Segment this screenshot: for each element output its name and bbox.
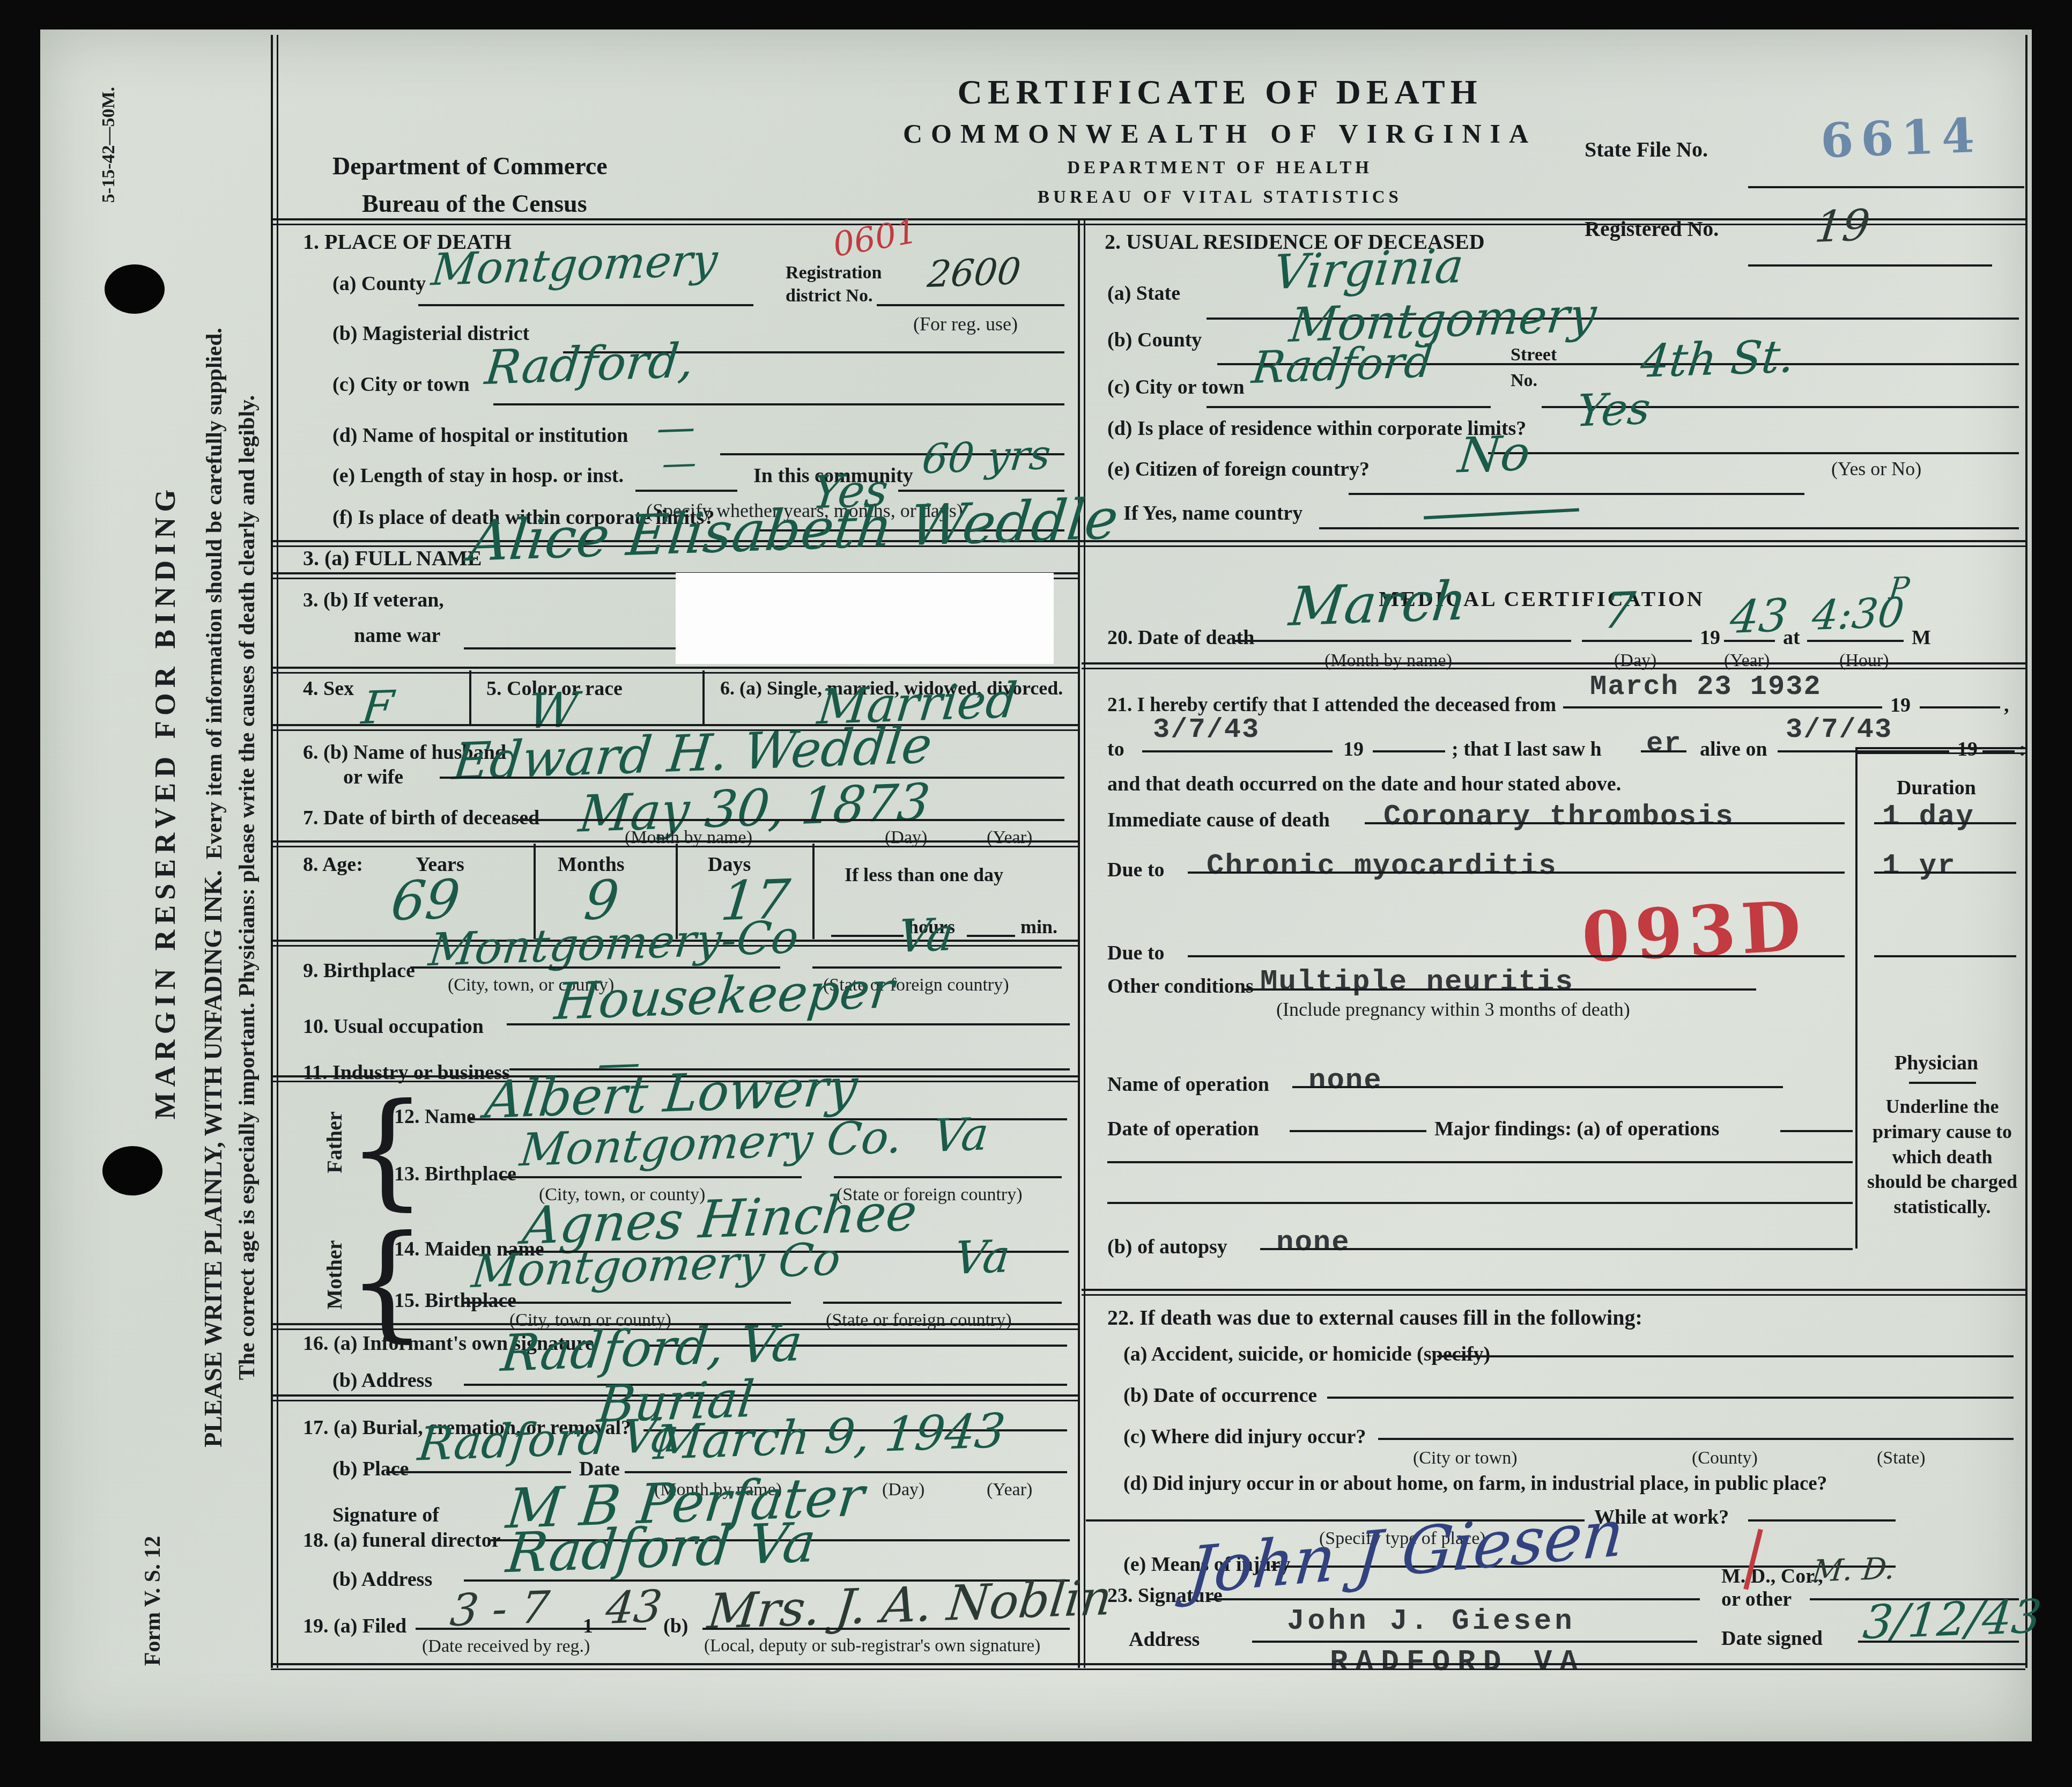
med-blank-line-2	[1107, 1202, 1853, 1204]
s1-c-line	[493, 403, 1064, 405]
s1-a-label: (a) County	[332, 272, 426, 296]
med-certify-19b: 19	[1890, 693, 1911, 717]
s1-e-label: (e) Length of stay in hosp. or inst.	[332, 464, 624, 488]
s19-a-value-2: 43	[603, 1581, 664, 1634]
med-certify-label: 21. I hereby certify that I attended the…	[1107, 693, 1556, 717]
mother-birthplace-line-1	[464, 1302, 791, 1304]
registered-label: Registered No.	[1585, 216, 1719, 241]
med-findings-label: Major findings: (a) of operations	[1434, 1117, 1719, 1141]
s10-label: 10. Usual occupation	[303, 1015, 484, 1038]
s2-d-line	[1488, 452, 2019, 454]
cause-code-stamp: 093D	[1580, 886, 1808, 978]
s19-b-note: (Local, deputy or sub-registrar's own si…	[704, 1636, 1040, 1656]
s7-line	[512, 819, 1064, 821]
certificate-title: CERTIFICATE OF DEATH	[845, 72, 1595, 112]
med-due1-duration-line	[1874, 872, 2016, 874]
s1-reg-label-1: Registration	[786, 263, 882, 283]
form-left-border	[271, 35, 278, 1668]
column-divider	[1078, 220, 1085, 1668]
s10-value: Housekeeper	[552, 961, 897, 1032]
bottom-rule	[271, 1663, 2025, 1670]
med-certify-line-2	[1920, 706, 2000, 708]
redaction-box	[676, 573, 1054, 664]
s3-a-value: Alice Elisabeth Weddle	[466, 486, 1121, 574]
s17-b-value: Radford Va	[416, 1408, 682, 1471]
print-code: 5-15-42—50M.	[99, 87, 119, 203]
s3-b-label-2: name war	[354, 624, 440, 647]
med-date-month: March	[1286, 569, 1470, 638]
margin-note-2: The correct age is especially important.…	[234, 395, 260, 1380]
margin-note-1-rest: Every item of information should be care…	[202, 328, 227, 859]
med-due1-line	[1188, 872, 1845, 874]
s1-a-value: Montgomery	[429, 234, 720, 296]
s17-sub-day: (Day)	[882, 1480, 924, 1500]
s2-street-value: 4th St.	[1638, 330, 1797, 388]
med-other-value: Multiple neuritis	[1260, 966, 1574, 999]
s2-a-label: (a) State	[1107, 282, 1180, 305]
med-other-label: Other conditions	[1107, 974, 1254, 998]
duration-top-rule	[1855, 747, 2025, 754]
s1-a-line	[418, 304, 753, 306]
father-birthplace-line-2	[834, 1176, 1062, 1178]
s22-c-sub-3: (State)	[1877, 1448, 1926, 1468]
med-date-line-year	[1724, 640, 1775, 642]
med-date-line-hour	[1807, 640, 1904, 642]
s2-c-value: Radford	[1249, 336, 1435, 394]
s7-label: 7. Date of birth of deceased	[303, 806, 539, 830]
med-er-line	[1641, 750, 1686, 752]
s2-a-value: Virginia	[1271, 238, 1467, 300]
physician-label: Physician	[1895, 1051, 1978, 1075]
father-name-label: 12. Name	[394, 1105, 476, 1128]
s9-label: 9. Birthplace	[303, 959, 415, 983]
margin-note-1: PLEASE WRITE PLAINLY, WITH UNFADING INK.…	[199, 328, 227, 1448]
binding-margin-label: MARGIN RESERVED FOR BINDING	[149, 484, 182, 1120]
s3-a-label: 3. (a) FULL NAME	[303, 545, 482, 571]
med-due2-duration-line	[1874, 955, 2016, 957]
s2-street-label-1: Street	[1511, 345, 1557, 365]
med-date-p: P	[1888, 571, 1912, 607]
med-opdate-line	[1290, 1130, 1426, 1132]
med-autopsy-label: (b) of autopsy	[1107, 1235, 1227, 1259]
s22-title: 22. If death was due to external causes …	[1107, 1305, 1642, 1330]
mother-side-label: Mother	[322, 1240, 347, 1310]
registered-line	[1748, 264, 1992, 267]
s22-b-line	[1327, 1397, 2014, 1399]
s22-b-label: (b) Date of occurrence	[1123, 1384, 1317, 1407]
s8-hours-line	[831, 935, 904, 937]
med-rule-1	[1082, 662, 2025, 669]
s8-min-line	[967, 935, 1015, 937]
s2-e-label: (e) Citizen of foreign country?	[1107, 457, 1370, 481]
med-alive-value: 3/7/43	[1786, 714, 1892, 745]
s2-b-label: (b) County	[1107, 328, 1202, 352]
s1-reg-use-note: (For reg. use)	[913, 313, 1018, 335]
s23-md-value: M. D.	[1811, 1551, 1897, 1589]
s1-e-line-1	[635, 490, 737, 492]
med-operation-value: none	[1308, 1065, 1382, 1097]
father-side-label: Father	[322, 1111, 347, 1173]
s9-value-2: Va	[896, 908, 956, 963]
med-autopsy-line	[1260, 1248, 1853, 1250]
s19-a-label: 19. (a) Filed	[303, 1614, 406, 1638]
s4-divider	[469, 670, 471, 724]
med-date-m: M	[1912, 626, 1931, 649]
med-due1-value: Chronic myocarditis	[1207, 850, 1557, 883]
s22-c-label: (c) Where did injury occur?	[1123, 1425, 1366, 1449]
med-date-at: at	[1783, 626, 1800, 649]
s7-rule	[271, 840, 1078, 847]
physician-note: Underline the primary cause to which dea…	[1864, 1094, 2020, 1220]
med-due2-label: Due to	[1107, 941, 1165, 965]
s23-address-value: RADFORD VA	[1330, 1645, 1585, 1679]
s3-b-label-1: 3. (b) If veteran,	[303, 588, 444, 612]
med-immediate-label: Immediate cause of death	[1107, 808, 1330, 832]
med-date-year: 43	[1728, 589, 1790, 644]
s2-c-line	[1207, 406, 1491, 408]
s2-street-label-2: No.	[1511, 371, 1537, 391]
certificate-paper: 5-15-42—50M. MARGIN RESERVED FOR BINDING…	[40, 29, 2032, 1741]
s3-b-rule	[271, 667, 1078, 674]
med-blank-line-1	[1107, 1161, 1853, 1163]
med-to-line	[1142, 750, 1333, 752]
s19-a-note: (Date received by reg.)	[422, 1636, 590, 1657]
med-due2-line	[1188, 955, 1845, 957]
form-number: Form V. S. 12	[140, 1536, 166, 1666]
med-saw-label: ; that I last saw h	[1452, 737, 1602, 761]
med-to-value: 3/7/43	[1153, 714, 1260, 745]
s23-date-line	[1858, 1641, 2019, 1643]
s1-e-value: 60 yrs	[920, 431, 1053, 483]
med-er-value: er	[1646, 728, 1682, 759]
hole-punch-top	[105, 264, 165, 314]
s2-e-note: (Yes or No)	[1831, 457, 1921, 480]
s2-d-value: Yes	[1574, 383, 1653, 437]
state-file-label: State File No.	[1585, 137, 1708, 162]
s16-b-line	[464, 1384, 1067, 1386]
s6b-label-2: or wife	[343, 765, 403, 789]
mother-birthplace-value-2: Va	[952, 1230, 1012, 1284]
state-file-line	[1748, 186, 2024, 188]
med-attended-from: March 23 1932	[1590, 671, 1822, 703]
s1-c-value: Radford,	[483, 333, 697, 395]
s1-c-label: (c) City or town	[332, 373, 470, 396]
s1-d-label: (d) Name of hospital or institution	[332, 424, 628, 447]
s23-md-label: M. D., Cor.,	[1721, 1564, 1823, 1588]
med-date-label: 20. Date of death	[1107, 626, 1254, 649]
s8-divider-3	[812, 844, 815, 939]
s1-reg-value: 2600	[926, 250, 1023, 296]
duration-divider	[1855, 747, 1858, 1249]
med-rule-2	[1082, 1289, 2025, 1296]
med-immediate-line	[1365, 822, 1845, 824]
med-19c: 19	[1343, 737, 1364, 761]
hole-punch-bottom	[102, 1146, 162, 1195]
s18-sig-label: Signature of	[332, 1503, 439, 1527]
med-other-note: (Include pregnancy within 3 months of de…	[1276, 998, 1630, 1021]
father-birthplace-line-1	[501, 1176, 802, 1178]
s2-ifyes-label: If Yes, name country	[1123, 501, 1303, 525]
s16-b-value: Radford, Va	[498, 1314, 805, 1383]
agency-line-2: Bureau of the Census	[362, 189, 587, 218]
s22-a-line	[1437, 1355, 2014, 1357]
med-date-19: 19	[1700, 626, 1720, 649]
header-rule	[271, 218, 2025, 225]
dept-of-health: DEPARTMENT OF HEALTH	[845, 158, 1595, 178]
s19-b-label: (b)	[663, 1614, 688, 1638]
scanned-death-certificate: 5-15-42—50M. MARGIN RESERVED FOR BINDING…	[0, 0, 2072, 1787]
s18-b-label: (b) Address	[332, 1568, 432, 1591]
s19-b-line	[702, 1628, 1070, 1630]
med-immediate-duration-line	[1874, 822, 2016, 824]
form-right-border	[2025, 35, 2027, 1668]
agency-line-1: Department of Commerce	[332, 152, 608, 180]
med-to-label: to	[1107, 737, 1124, 761]
s2-e-value: No	[1455, 425, 1533, 484]
med-19c-line	[1373, 750, 1445, 752]
s1-reg-line	[877, 304, 1064, 306]
s10-line	[507, 1023, 1070, 1025]
s1-e-dash: —	[660, 443, 699, 484]
med-autopsy-value: none	[1276, 1227, 1350, 1259]
med-date-line-day	[1582, 640, 1692, 642]
s4-label: 4. Sex	[303, 677, 354, 700]
s17-b-label: (b) Place	[332, 1457, 409, 1481]
s17-b-line	[386, 1471, 571, 1473]
s5-divider	[702, 670, 705, 724]
father-brace: {	[347, 1076, 427, 1223]
s2-ifyes-line	[1319, 527, 2019, 529]
mother-birthplace-line-2	[823, 1302, 1062, 1304]
bureau-vital-statistics: BUREAU OF VITAL STATISTICS	[845, 188, 1595, 208]
med-date-line-month	[1233, 640, 1571, 642]
state-file-value: 6614	[1819, 107, 1982, 168]
s17-date-value: March 9, 1943	[652, 1402, 1008, 1470]
s8-label: 8. Age:	[303, 853, 363, 876]
father-birthplace-label: 13. Birthplace	[394, 1162, 516, 1186]
s18-b-value: Radford Va	[504, 1511, 819, 1586]
s8-less-label: If less than one day	[845, 863, 1003, 886]
med-operation-label: Name of operation	[1107, 1073, 1269, 1096]
commonwealth-subtitle: COMMONWEALTH OF VIRGINIA	[845, 118, 1595, 149]
med-date-day: 7	[1600, 581, 1638, 640]
med-alive-label: alive on	[1700, 737, 1767, 761]
duration-label: Duration	[1897, 776, 1976, 800]
med-findings-line	[1780, 1130, 1853, 1132]
s22-a-label: (a) Accident, suicide, or homicide (spec…	[1123, 1342, 1490, 1366]
s22-c-line	[1378, 1438, 2014, 1440]
s6b-line	[440, 777, 1064, 779]
margin-note-1-strong: PLEASE WRITE PLAINLY, WITH UNFADING INK.	[199, 870, 227, 1448]
s17-sub-year: (Year)	[987, 1480, 1032, 1500]
father-birthplace-value-2: Va	[930, 1107, 991, 1162]
med-comma: ,	[2004, 693, 2009, 717]
med-occurred-note: and that death occurred on the date and …	[1107, 772, 1621, 796]
registered-value: 19	[1812, 200, 1873, 252]
med-certify-line-1	[1563, 706, 1882, 708]
med-immediate-duration: 1 day	[1882, 801, 1974, 833]
s23-address-line	[1252, 1641, 1697, 1643]
s22-d-label: (d) Did injury occur in or about home, o…	[1123, 1472, 1827, 1495]
med-immediate-value: Coronary thrombosis	[1383, 801, 1734, 833]
s23-signature-script: John J Giesen	[1185, 1496, 1627, 1609]
s23-address-label: Address	[1129, 1628, 1200, 1651]
physician-underline	[1909, 1082, 1976, 1084]
med-other-line	[1244, 988, 1756, 991]
s19-a-printed: 1	[583, 1614, 593, 1638]
med-operation-line	[1292, 1086, 1783, 1088]
s16-b-label: (b) Address	[332, 1369, 432, 1392]
s8-min-label: min.	[1020, 915, 1057, 938]
s18-a-label: 18. (a) funeral director	[303, 1528, 501, 1552]
s1-reg-label-2: district No.	[786, 286, 872, 306]
s2-e-line	[1349, 493, 1804, 495]
s2-e-stroke	[1424, 508, 1579, 519]
s23-or-other-label: or other	[1721, 1587, 1792, 1611]
s23-date-label: Date signed	[1721, 1627, 1823, 1650]
med-opdate-label: Date of operation	[1107, 1117, 1259, 1141]
s2-c-label: (c) City or town	[1107, 375, 1245, 399]
s19-a-line	[416, 1628, 646, 1630]
med-due1-duration: 1 yr	[1882, 850, 1956, 883]
s22-c-sub-2: (County)	[1692, 1448, 1758, 1468]
med-due1-label: Due to	[1107, 858, 1165, 882]
s22-c-sub-1: (City or town)	[1413, 1448, 1518, 1468]
s22-work-line	[1748, 1519, 1896, 1522]
s3-b-line	[464, 647, 678, 649]
s23-signature-typed: John J. Giesen	[1287, 1605, 1575, 1638]
